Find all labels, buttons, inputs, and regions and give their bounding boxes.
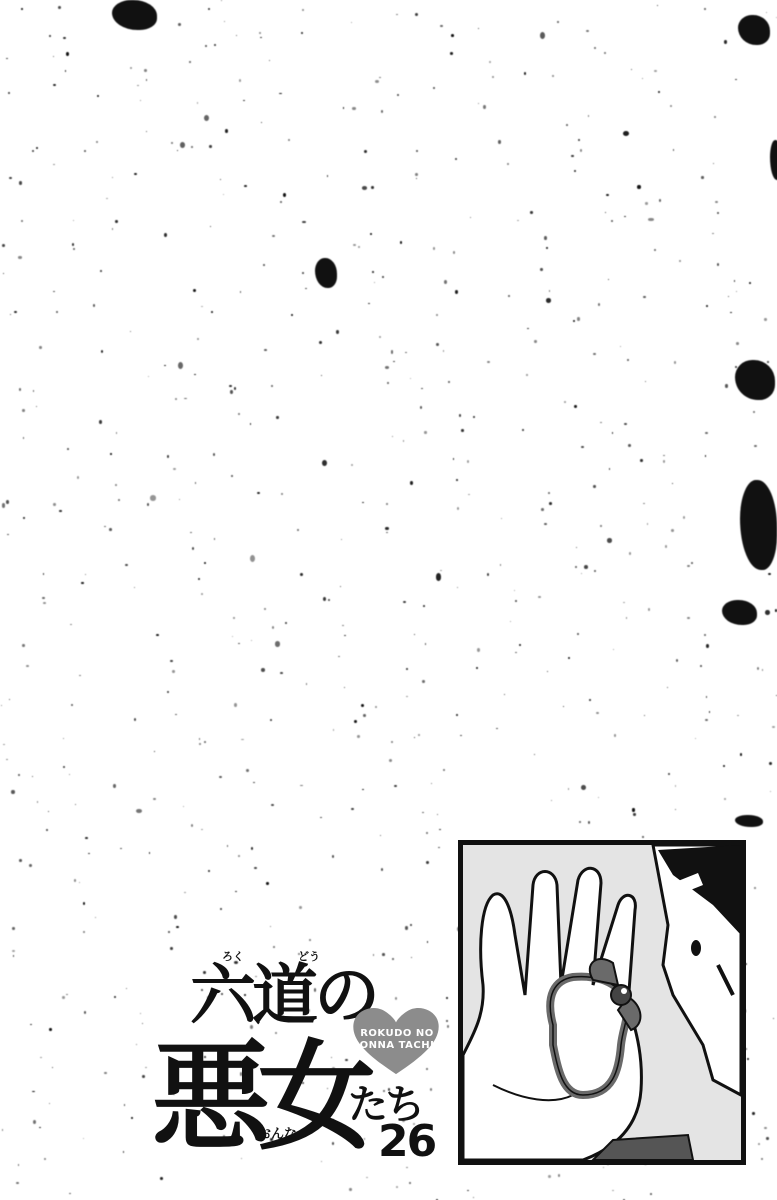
- title-logo: ろく どう 六道の ROKUDO NO ONNA TACHI 悪女 おんな たち…: [150, 940, 450, 1170]
- romaji-line2: ONNA TACHI: [355, 1040, 439, 1052]
- manga-page: ろく どう 六道の ROKUDO NO ONNA TACHI 悪女 おんな たち…: [0, 0, 777, 1200]
- illustration-panel: [458, 840, 746, 1165]
- volume-number: 26: [378, 1120, 435, 1164]
- hand-with-hair-tie-illustration: [463, 845, 741, 1160]
- furigana-onna: おんな: [258, 1123, 297, 1142]
- romaji-title: ROKUDO NO ONNA TACHI: [355, 1028, 439, 1052]
- romaji-line1: ROKUDO NO: [355, 1028, 439, 1040]
